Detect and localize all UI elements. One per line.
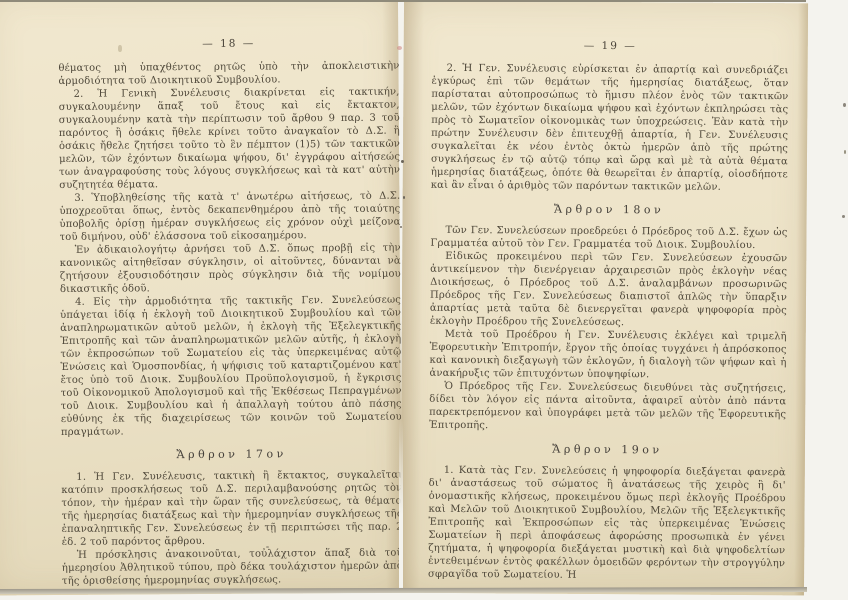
ink-speck [843,103,846,107]
page-right: — 19 — 2. Ἡ Γεν. Συνέλευσις εὑρίσκεται ἐ… [400,1,808,596]
page-number-header: — 18 — [58,37,399,51]
paragraph: Ἡ πρόσκλησις ἀνακοινοῦται, τοὐλάχιστον ἅ… [62,547,403,588]
paper-stain [118,45,122,52]
paragraph: θέματος μὴ ὑπαχθέντος ρητῶς ὑπὸ τὴν ἀποκ… [58,60,399,88]
paragraph: 4. Εἰς τὴν ἁρμοδιότητα τῆς τακτικῆς Γεν.… [60,294,402,439]
article-heading: Ἄρθρον 19ον [429,442,786,457]
paragraph: 2. Ἡ Γεν. Συνέλευσις εὑρίσκεται ἐν ἀπαρτ… [431,62,789,194]
paragraph: 1. Ἡ Γεν. Συνέλευσις, τακτικὴ ἢ ἔκτακτος… [61,469,403,549]
page-text-column: θέματος μὴ ὑπαχθέντος ρητῶς ὑπὸ τὴν ἀποκ… [58,60,403,588]
paragraph: 3. Ὑποβληθείσης τῆς κατὰ τ' ἀνωτέρω αἰτή… [59,190,400,244]
page-right-content: — 19 — 2. Ἡ Γεν. Συνέλευσις εὑρίσκεται ἐ… [428,39,789,583]
book-spine-gap [399,420,403,592]
page-left-content: — 18 — θέματος μὴ ὑπαχθέντος ρητῶς ὑπὸ τ… [58,37,403,588]
ink-speck [400,226,402,228]
page-text-column: 2. Ἡ Γεν. Συνέλευσις εὑρίσκεται ἐν ἀπαρτ… [428,62,789,583]
ink-speck [844,150,846,154]
page-number-header: — 19 — [432,39,789,53]
article-heading: Ἄρθρον 18ον [431,202,788,217]
paragraph: Ἐν ἀδικαιολογήτῳ ἀρνήσει τοῦ Δ.Σ. ὅπως π… [60,242,401,296]
article-heading: Ἄρθρον 17ον [61,447,402,462]
paper-stain [397,46,402,50]
page-left: — 18 — θέματος μὴ ὑπαχθέντος ρητῶς ὑπὸ τ… [0,0,402,595]
scan-top-edge [0,0,806,2]
paragraph: Τῶν Γεν. Συνελεύσεων προεδρεύει ὁ Πρόεδρ… [430,224,787,252]
ink-speck [842,215,845,218]
paragraph: 1. Κατὰ τὰς Γεν. Συνελεύσεις ἡ ψηφοφορία… [428,464,786,583]
paragraph: Ὁ Πρόεδρος τῆς Γεν. Συνελεύσεως διευθύνε… [429,380,786,434]
ink-speck [403,196,405,199]
ink-speck [266,546,269,548]
paragraph: 2. Ἡ Γενικὴ Συνέλευσις διακρίνεται εἰς τ… [59,86,401,192]
scanned-book-spread: — 18 — θέματος μὴ ὑπαχθέντος ρητῶς ὑπὸ τ… [0,0,848,600]
ink-speck [401,160,404,163]
paragraph: Μετὰ τοῦ Προέδρου ἡ Γεν. Συνέλευσις ἐκλέ… [429,328,786,382]
paragraph: Εἰδικῶς προκειμένου περὶ τῶν Γεν. Συνελε… [430,250,788,330]
